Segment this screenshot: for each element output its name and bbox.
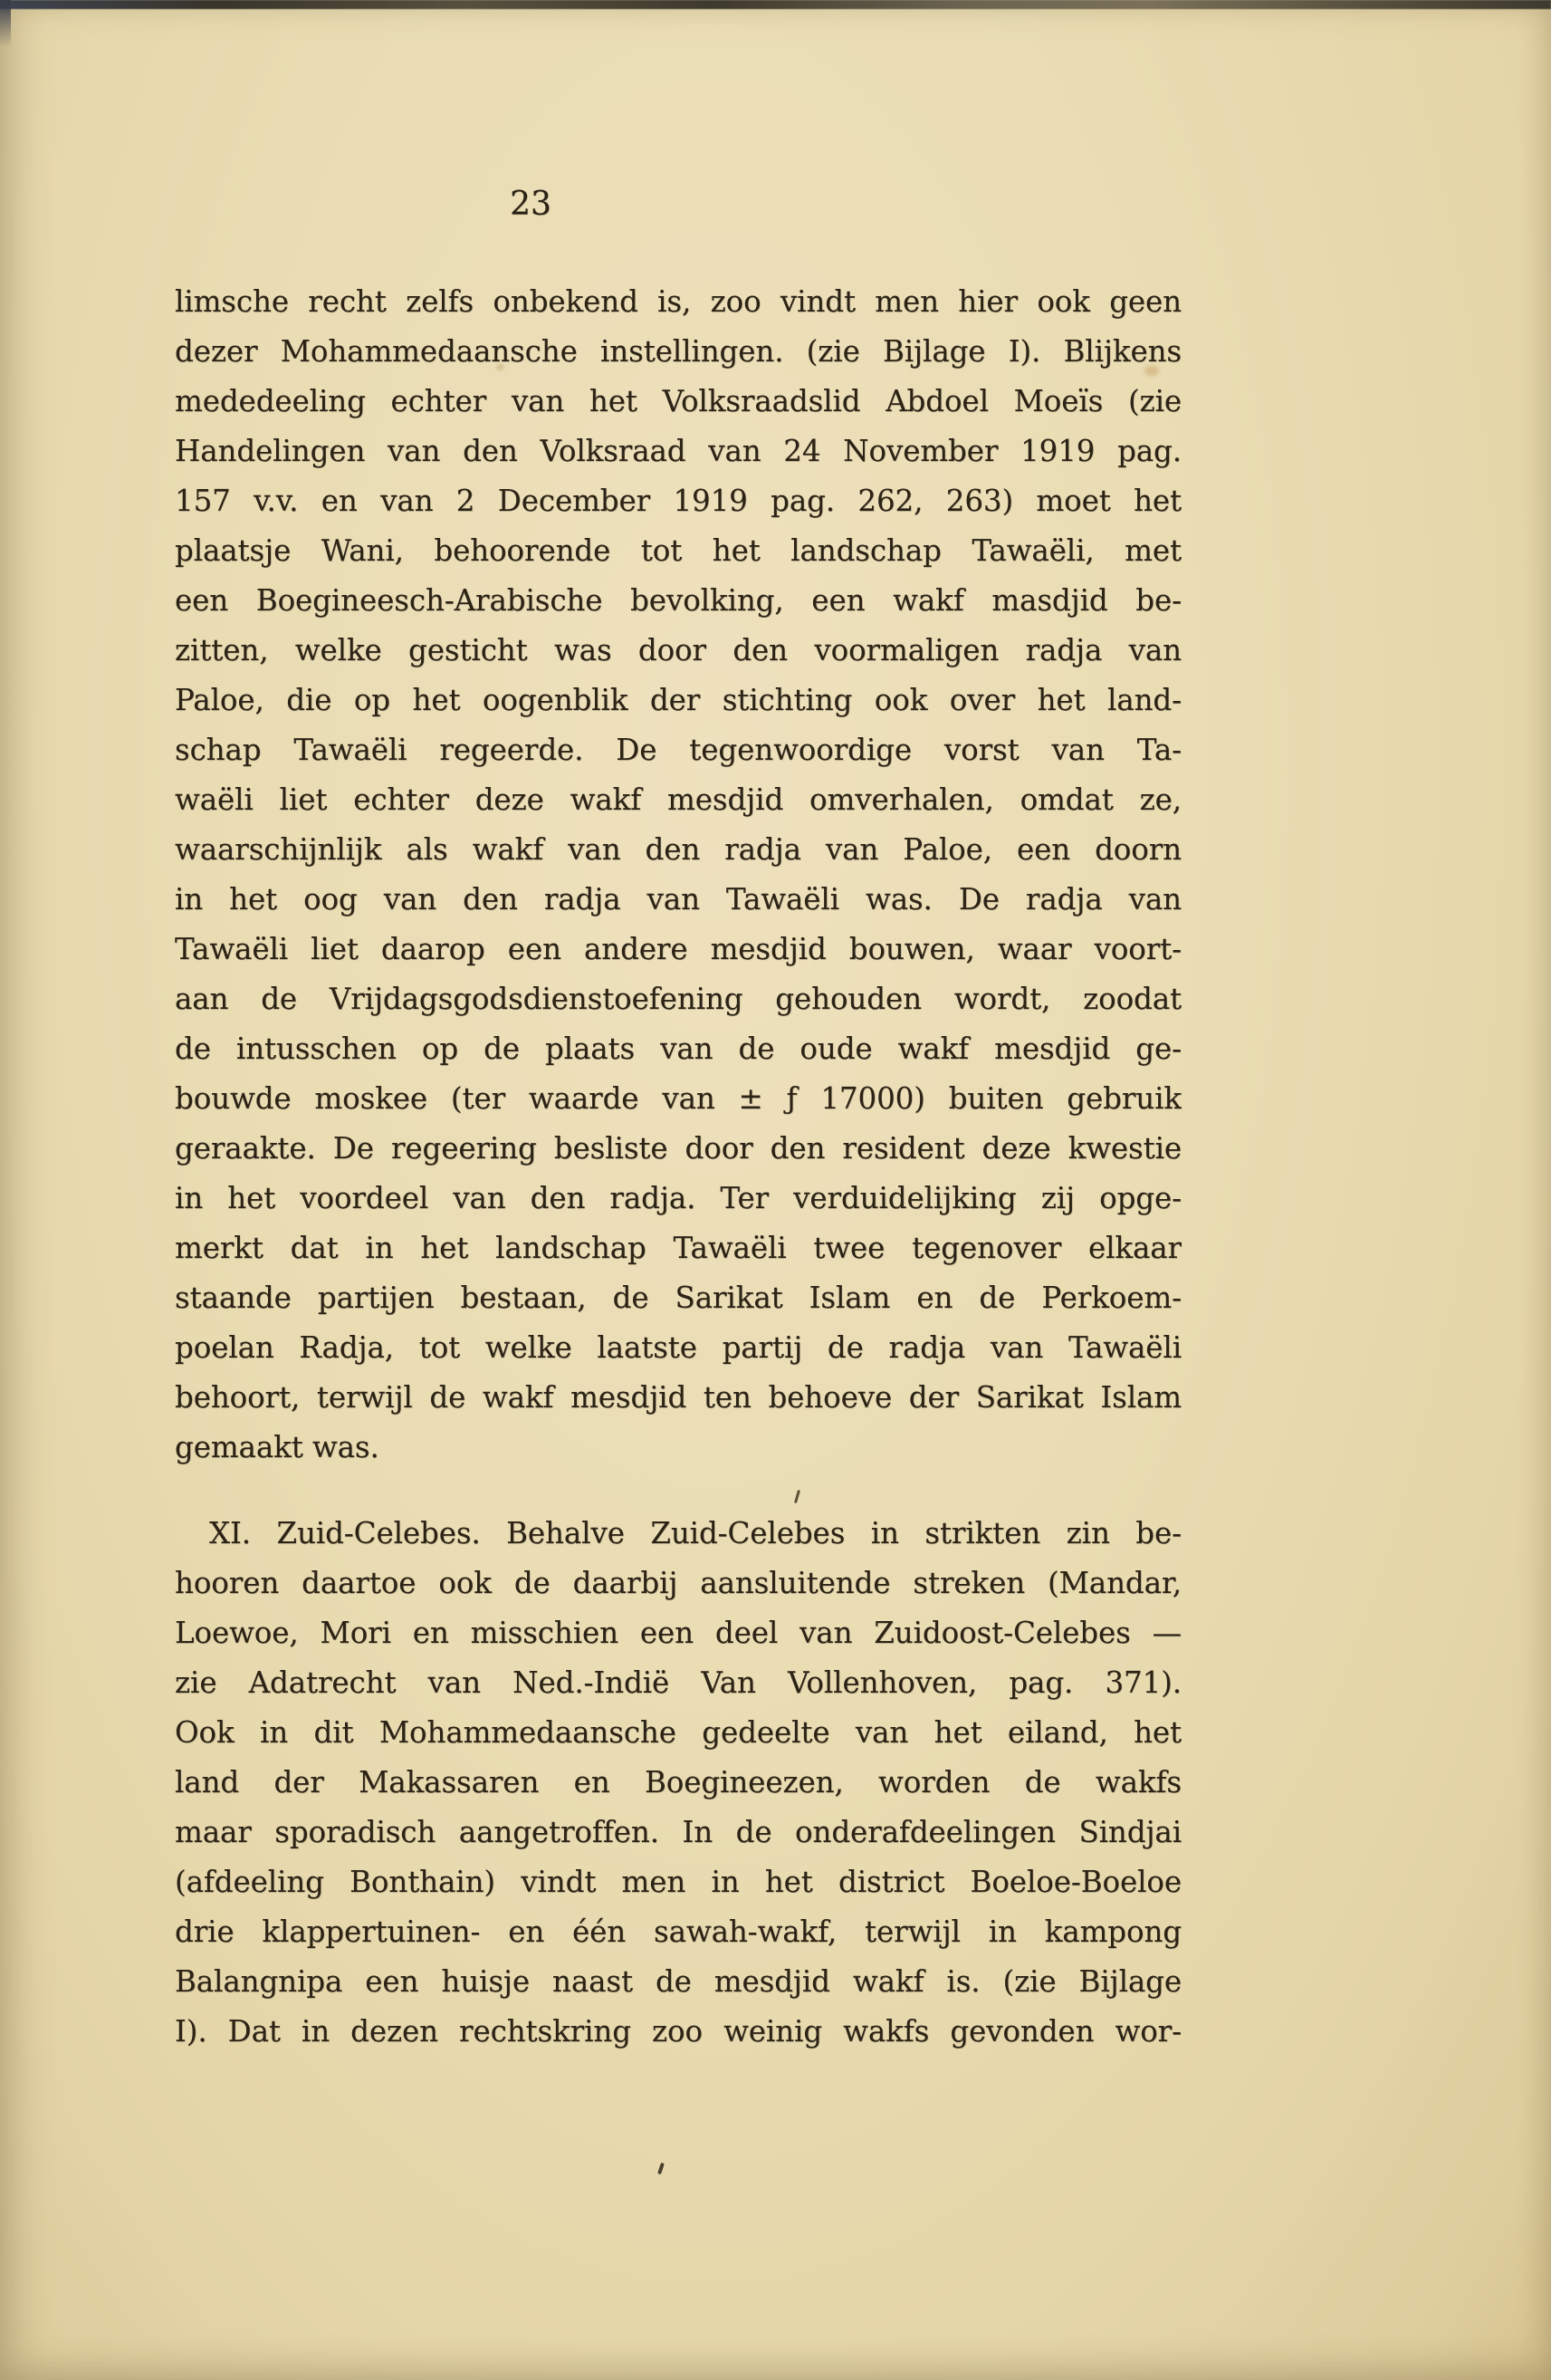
text-line: Tawaëli liet daarop een andere mesdjid b… bbox=[175, 925, 1182, 974]
body-text: limsche recht zelfs onbekend is, zoo vin… bbox=[175, 277, 1182, 2057]
text-line: staande partijen bestaan, de Sarikat Isl… bbox=[175, 1273, 1182, 1323]
text-line: hooren daartoe ook de daarbij aansluiten… bbox=[175, 1559, 1182, 1608]
text-line: maar sporadisch aangetroffen. In de onde… bbox=[175, 1808, 1182, 1857]
text-line: de intusschen op de plaats van de oude w… bbox=[175, 1024, 1182, 1074]
paragraph-2: XI. Zuid-Celebes. Behalve Zuid-Celebes i… bbox=[175, 1509, 1182, 2057]
text-line: een Boegineesch-Arabische bevolking, een… bbox=[175, 576, 1182, 626]
text-line: limsche recht zelfs onbekend is, zoo vin… bbox=[175, 277, 1182, 327]
page-number: 23 bbox=[507, 186, 554, 223]
text-line: poelan Radja, tot welke laatste partij d… bbox=[175, 1323, 1182, 1373]
text-line: schap Tawaëli regeerde. De tegenwoordige… bbox=[175, 725, 1182, 775]
text-line: zitten, welke gesticht was door den voor… bbox=[175, 626, 1182, 676]
text-line: behoort, terwijl de wakf mesdjid ten beh… bbox=[175, 1373, 1182, 1423]
text-line: Handelingen van den Volksraad van 24 Nov… bbox=[175, 427, 1182, 476]
text-line: I). Dat in dezen rechtskring zoo weinig … bbox=[175, 2007, 1182, 2057]
paper-stain bbox=[1144, 366, 1159, 376]
text-line: Paloe, die op het oogenblik der stichtin… bbox=[175, 676, 1182, 725]
text-line: (afdeeling Bonthain) vindt men in het di… bbox=[175, 1857, 1182, 1907]
text-line: waëli liet echter deze wakf mesdjid omve… bbox=[175, 775, 1182, 825]
text-line: in het oog van den radja van Tawaëli was… bbox=[175, 875, 1182, 925]
text-line: land der Makassaren en Boegineezen, word… bbox=[175, 1758, 1182, 1808]
paper-stain bbox=[496, 364, 504, 370]
text-line: aan de Vrijdagsgodsdienstoefening gehoud… bbox=[175, 974, 1182, 1024]
text-line: drie klappertuinen- en één sawah-wakf, t… bbox=[175, 1907, 1182, 1957]
text-line: Balangnipa een huisje naast de mesdjid w… bbox=[175, 1957, 1182, 2007]
text-line: plaatsje Wani, behoorende tot het landsc… bbox=[175, 526, 1182, 576]
text-line: Ook in dit Mohammedaansche gedeelte van … bbox=[175, 1708, 1182, 1758]
text-line: waarschijnlijk als wakf van den radja va… bbox=[175, 825, 1182, 875]
ink-fleck bbox=[657, 2163, 665, 2175]
text-line: bouwde moskee (ter waarde van ± ƒ 17000)… bbox=[175, 1074, 1182, 1124]
text-line: zie Adatrecht van Ned.-Indië Van Vollenh… bbox=[175, 1658, 1182, 1708]
scanned-book-page: 23 limsche recht zelfs onbekend is, zoo … bbox=[0, 0, 1551, 2380]
text-line: merkt dat in het landschap Tawaëli twee … bbox=[175, 1224, 1182, 1273]
text-line: in het voordeel van den radja. Ter verdu… bbox=[175, 1174, 1182, 1224]
scan-edge-top bbox=[0, 0, 1551, 9]
text-line: geraakte. De regeering besliste door den… bbox=[175, 1124, 1182, 1174]
text-line: 157 v.v. en van 2 December 1919 pag. 262… bbox=[175, 476, 1182, 526]
text-line: dezer Mohammedaansche instellingen. (zie… bbox=[175, 327, 1182, 377]
text-line: mededeeling echter van het Volksraadslid… bbox=[175, 377, 1182, 427]
text-line: Loewoe, Mori en misschien een deel van Z… bbox=[175, 1608, 1182, 1658]
paragraph-1: limsche recht zelfs onbekend is, zoo vin… bbox=[175, 277, 1182, 1473]
text-line: XI. Zuid-Celebes. Behalve Zuid-Celebes i… bbox=[175, 1509, 1182, 1559]
scan-corner-mark bbox=[0, 0, 11, 47]
text-line: gemaakt was. bbox=[175, 1423, 1182, 1473]
